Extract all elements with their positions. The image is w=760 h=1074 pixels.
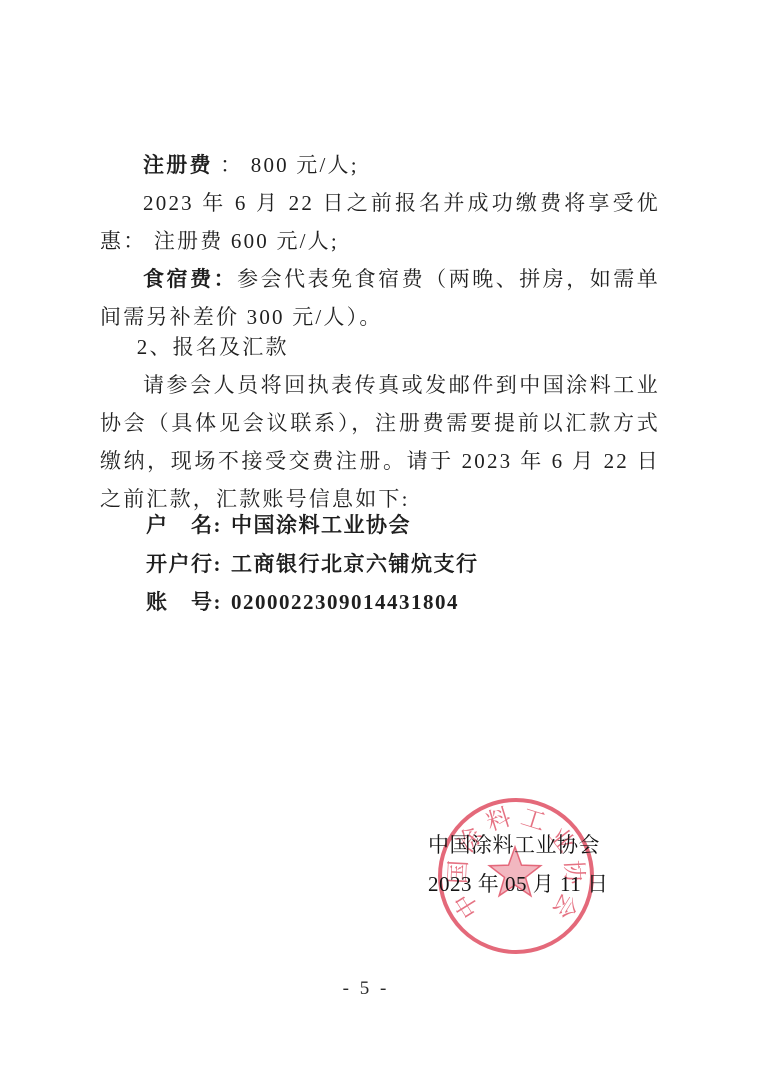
bank-branch-label: 开户行: (146, 552, 222, 576)
paragraph-lodging-fee: 食宿费：参会代表免食宿费（两晚、拼房，如需单间需另补差价 300 元/人）。 (100, 260, 660, 336)
paragraph-remittance: 请参会人员将回执表传真或发邮件到中国涂料工业协会（具体见会议联系），注册费需要提… (100, 366, 660, 518)
bank-branch-row: 开户行:工商银行北京六铺炕支行 (100, 545, 660, 584)
account-number-label: 账 号: (146, 590, 222, 614)
page-number: - 5 - (0, 978, 746, 1000)
paragraph-registration-fee: 注册费 ： 800 元/人; (100, 146, 660, 184)
signature-date: 2023 年 05 月 11 日 (428, 865, 608, 904)
lodging-fee-label: 食宿费： (143, 267, 237, 291)
bank-info-block: 户 名:中国涂料工业协会 开户行:工商银行北京六铺炕支行 账 号:0200022… (100, 506, 660, 622)
document-page: 注册费 ： 800 元/人; 2023 年 6 月 22 日之前报名并成功缴费将… (0, 0, 760, 1074)
paragraph-early-bird: 2023 年 6 月 22 日之前报名并成功缴费将享受优惠： 注册费 600 元… (100, 184, 660, 260)
account-number-value: 0200022309014431804 (231, 590, 459, 614)
registration-fee-text: ： 800 元/人; (213, 153, 359, 177)
account-name-value: 中国涂料工业协会 (231, 513, 411, 537)
signature-block: 中国涂料工业协会 2023 年 05 月 11 日 (428, 826, 608, 904)
registration-fee-label: 注册费 (143, 153, 213, 177)
account-name-label: 户 名: (146, 513, 222, 537)
signature-org: 中国涂料工业协会 (428, 826, 608, 865)
bank-branch-value: 工商银行北京六铺炕支行 (231, 552, 479, 576)
bank-account-name-row: 户 名:中国涂料工业协会 (100, 506, 660, 545)
bank-account-number-row: 账 号:0200022309014431804 (100, 583, 660, 622)
document-body: 注册费 ： 800 元/人; 2023 年 6 月 22 日之前报名并成功缴费将… (100, 146, 660, 622)
